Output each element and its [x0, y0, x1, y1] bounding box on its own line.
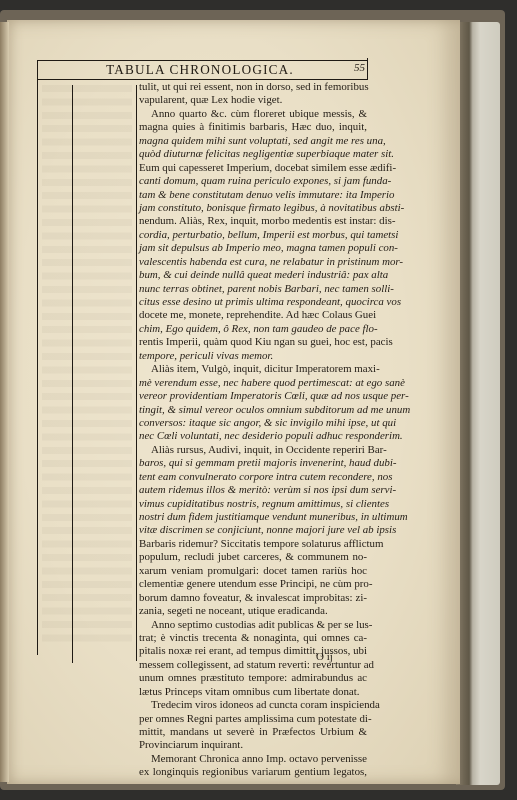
text-line: Tredecim viros idoneos ad cuncta coram i…: [139, 699, 367, 712]
text-line: per omnes Regni partes amplissima cum po…: [139, 713, 367, 726]
text-line: cordia, perturbatio, bellum, Imperii est…: [139, 229, 367, 242]
text-line: Barbaris ridemur? Siccitatis tempore sol…: [139, 538, 367, 551]
text-line: unum omnes præstituto tempore: admirabun…: [139, 672, 367, 685]
text-line: vitæ discrimen se conjiciunt, nonne majo…: [139, 524, 367, 537]
text-line: nendum. Aliàs, Rex, inquit, morbo medent…: [139, 215, 367, 228]
text-line: Anno quarto &c. cùm floreret ubique mess…: [139, 108, 367, 121]
text-line: ex longinquis regionibus variarum gentiu…: [139, 766, 367, 779]
text-line: rentis Imperii, quàm quod Kiu ngan su gu…: [139, 336, 367, 349]
text-line: valescentis habenda est cura, ne relabat…: [139, 256, 367, 269]
text-line: quòd diuturnæ felicitas negligentiæ supe…: [139, 148, 367, 161]
text-line: mittit, mandans ut severè in Præfectos U…: [139, 726, 367, 739]
main-text-column: tulit, ut qui rei essent, non in dorso, …: [139, 81, 367, 780]
running-head-title: TABULA CHRONOLOGICA.: [40, 62, 360, 78]
text-line: borum damno foveatur, & invalescat impro…: [139, 592, 367, 605]
text-line: xarum veniam promulgari: docet tamen rar…: [139, 565, 367, 578]
text-line: Anno septimo custodias adit publicas & p…: [139, 619, 367, 632]
show-through-text: [42, 85, 132, 645]
book-spine-edge: [0, 22, 9, 782]
text-line: tulit, ut qui rei essent, non in dorso, …: [139, 81, 367, 94]
text-line: populum, recludi jubet carceres, & commu…: [139, 551, 367, 564]
header-bottom-rule: [37, 79, 368, 80]
text-column-rule: [136, 85, 137, 661]
text-line: tent eam convulnerato corpore intra cute…: [139, 471, 367, 484]
text-line: tam & bene constitutam denuo velis immut…: [139, 189, 367, 202]
text-line: vapularent, quæ Lex hodie viget.: [139, 94, 367, 107]
text-line: Provinciarum inquirant.: [139, 739, 367, 752]
text-line: autem ridemus illos & meritò: verùm si n…: [139, 484, 367, 497]
text-line: jam sit depulsus ab Imperio meo, magna t…: [139, 242, 367, 255]
outer-margin-rule: [37, 60, 38, 655]
book-fore-edge: [456, 22, 500, 785]
page-number: 55: [354, 62, 365, 74]
text-line: bum, & cui deinde nullâ queat mederi ind…: [139, 269, 367, 282]
text-line: Aliàs rursus, Audivi, inquit, in Occiden…: [139, 444, 367, 457]
text-line: mè verendum esse, nec habere quod pertim…: [139, 377, 367, 390]
text-line: citus esse desino ut primis ultima respo…: [139, 296, 367, 309]
text-line: Eum qui capesseret Imperium, docebat sim…: [139, 162, 367, 175]
header-top-rule: [37, 60, 368, 61]
signature-mark: O ij: [316, 651, 333, 663]
text-line: magna quies à finitimis barbaris, Hæc du…: [139, 121, 367, 134]
text-line: canti domum, quam ruina periculo expones…: [139, 175, 367, 188]
text-line: docete me, monete, reprehendite. Ad hæc …: [139, 309, 367, 322]
text-line: magna quidem mihi sunt voluptati, sed an…: [139, 135, 367, 148]
text-line: baros, qui si gemmam pretii majoris inve…: [139, 457, 367, 470]
text-line: conversos: itaque sic angor, & sic invig…: [139, 417, 367, 430]
text-line: vimus cupiditatibus nostris, regnum amit…: [139, 498, 367, 511]
text-line: chim, Ego quidem, ô Rex, non tam gaudeo …: [139, 323, 367, 336]
text-line: jam constituto, bonisque firmato legibus…: [139, 202, 367, 215]
text-line: nunc terras obtinet, parent nobis Barbar…: [139, 283, 367, 296]
text-line: tempore, periculi vivas memor.: [139, 350, 367, 363]
header-right-rule: [367, 58, 368, 80]
text-line: Memorant Chronica anno Imp. octavo perve…: [139, 753, 367, 766]
text-line: zania, segeti ne noceant, utique eradica…: [139, 605, 367, 618]
inner-margin-rule: [72, 85, 73, 663]
text-line: trat; è vinctis trecenta & nonaginta, qu…: [139, 632, 367, 645]
text-line: nec Cœli voluntati, nec desiderio populi…: [139, 430, 367, 443]
text-line: Aliàs item, Vulgò, inquit, dicitur Imper…: [139, 363, 367, 376]
text-line: clementiæ genere utendum esse Principi, …: [139, 578, 367, 591]
text-line: lætus Princeps vitam omnibus cum liberta…: [139, 686, 367, 699]
text-line: vereor providentiam Imperatoris Cœli, qu…: [139, 390, 367, 403]
text-line: tingit, & simul vereor oculos omnium sub…: [139, 404, 367, 417]
text-line: nostri dum fidem justitiamque vendunt mu…: [139, 511, 367, 524]
